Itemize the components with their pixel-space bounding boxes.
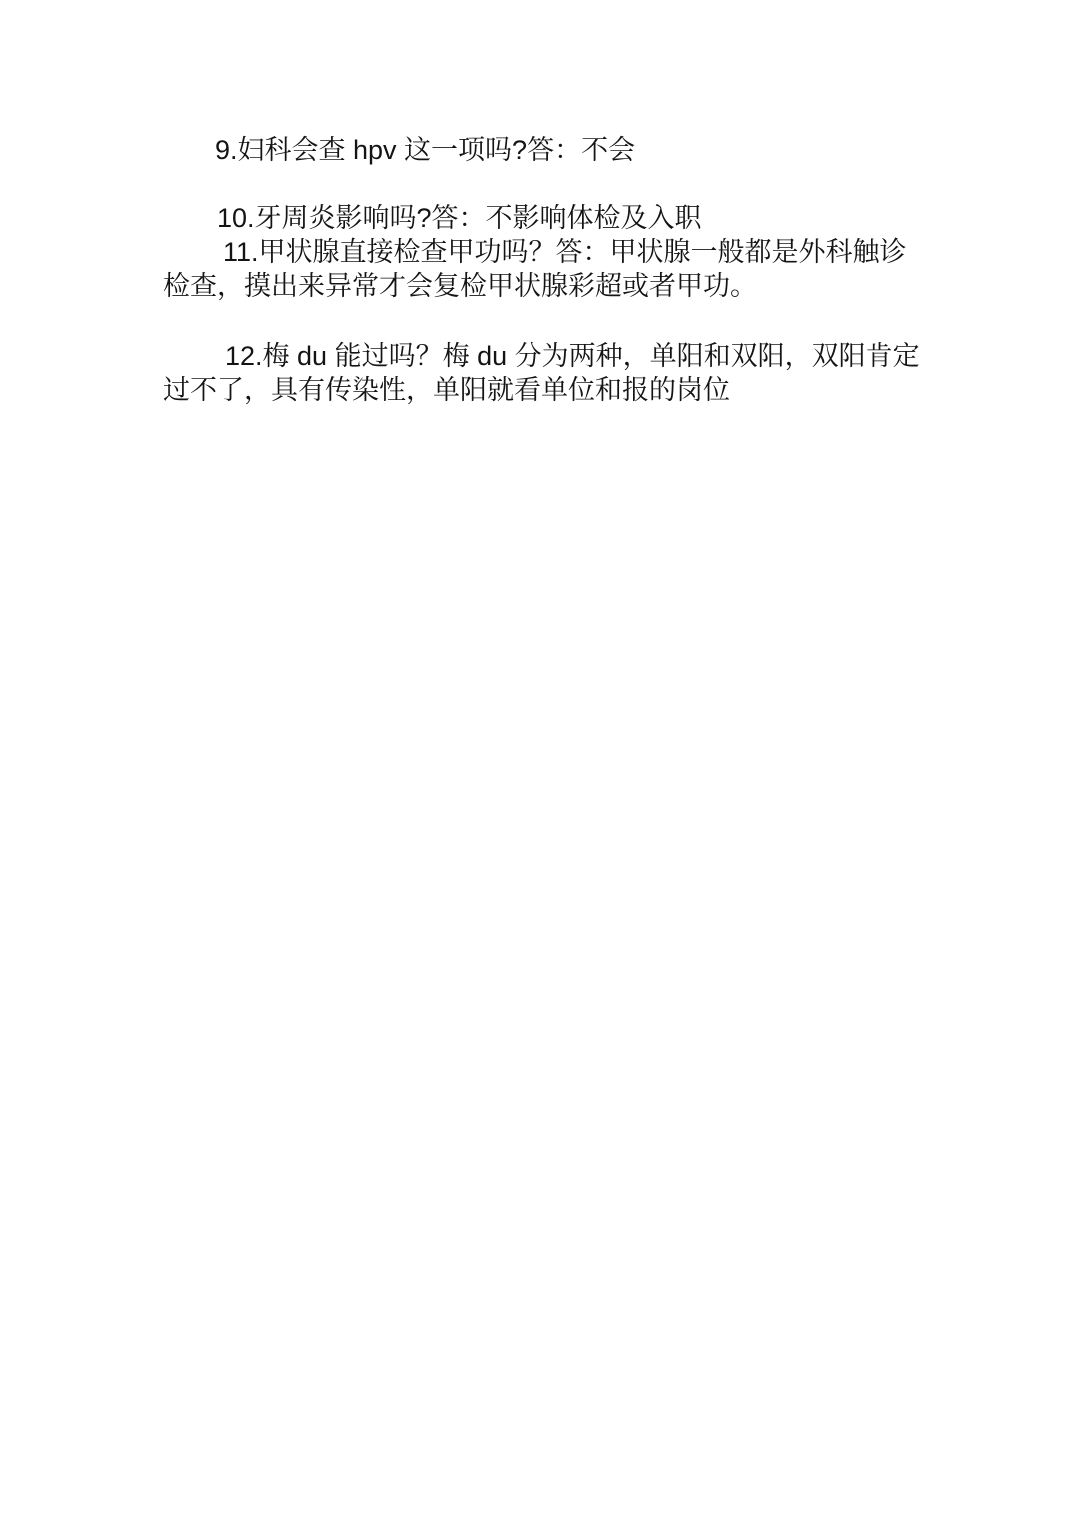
faq-item-11: 11.甲状腺直接检查甲功吗？答：甲状腺一般都是外科触诊检查，摸出来异常才会复检甲… — [163, 235, 932, 303]
faq-item-10: 10.牙周炎影响吗?答：不影响体检及入职 — [163, 201, 932, 235]
document-page: 9.妇科会查 hpv 这一项吗?答：不会 10.牙周炎影响吗?答：不影响体检及入… — [0, 0, 1080, 1530]
faq-item-12: 12.梅 du 能过吗？梅 du 分为两种，单阳和双阳，双阳肯定过不了，具有传染… — [163, 339, 932, 407]
faq-item-9: 9.妇科会查 hpv 这一项吗?答：不会 — [163, 133, 932, 167]
